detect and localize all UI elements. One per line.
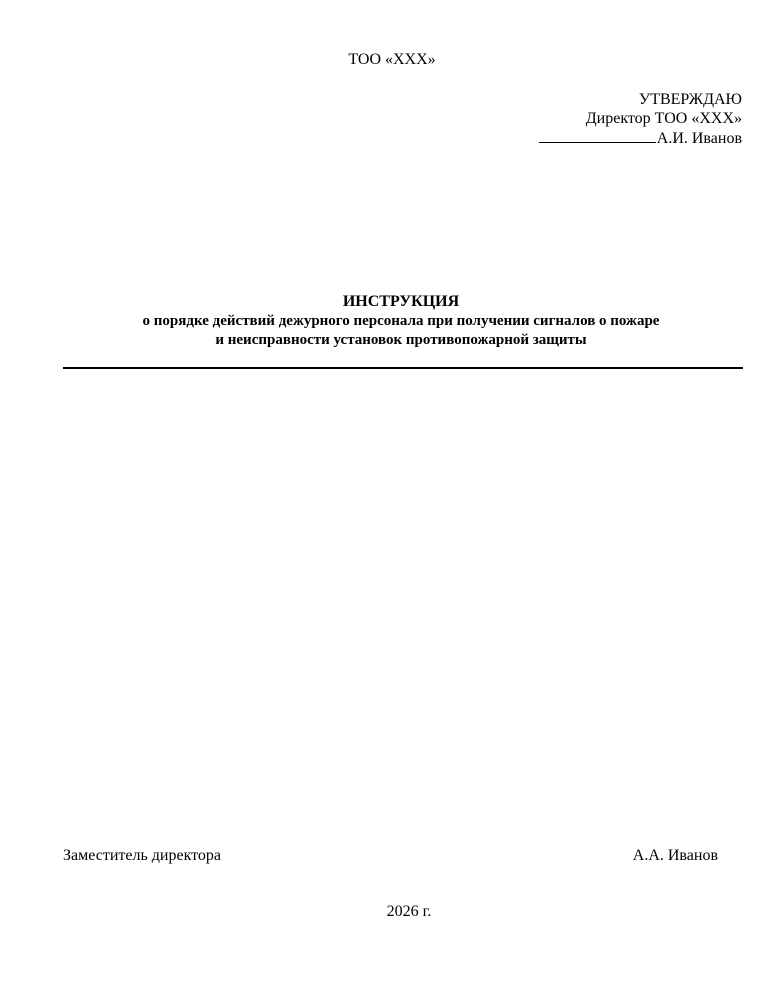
approver-signature-row: А.И. Иванов: [539, 128, 742, 148]
approval-block: УТВЕРЖДАЮ Директор ТОО «ХХХ» А.И. Иванов: [539, 90, 742, 148]
deputy-name: А.А. Иванов: [633, 846, 718, 866]
approver-name: А.И. Иванов: [657, 130, 742, 147]
deputy-position: Заместитель директора: [63, 846, 221, 866]
approval-stamp: УТВЕРЖДАЮ: [539, 90, 742, 109]
signature-line: [539, 128, 656, 143]
document-title: ИНСТРУКЦИЯ: [34, 292, 768, 312]
organization-header: ТОО «ХХХ»: [0, 50, 768, 70]
document-year: 2026 г.: [0, 902, 768, 922]
signatory-row: Заместитель директора А.А. Иванов: [63, 846, 718, 866]
approver-position: Директор ТОО «ХХХ»: [539, 109, 742, 128]
title-block: ИНСТРУКЦИЯ о порядке действий дежурного …: [0, 292, 768, 350]
horizontal-divider: [63, 367, 743, 369]
document-subtitle-line-1: о порядке действий дежурного персонала п…: [34, 312, 768, 331]
document-page: ТОО «ХХХ» УТВЕРЖДАЮ Директор ТОО «ХХХ» А…: [0, 0, 768, 994]
document-subtitle-line-2: и неисправности установок противопожарно…: [34, 331, 768, 350]
